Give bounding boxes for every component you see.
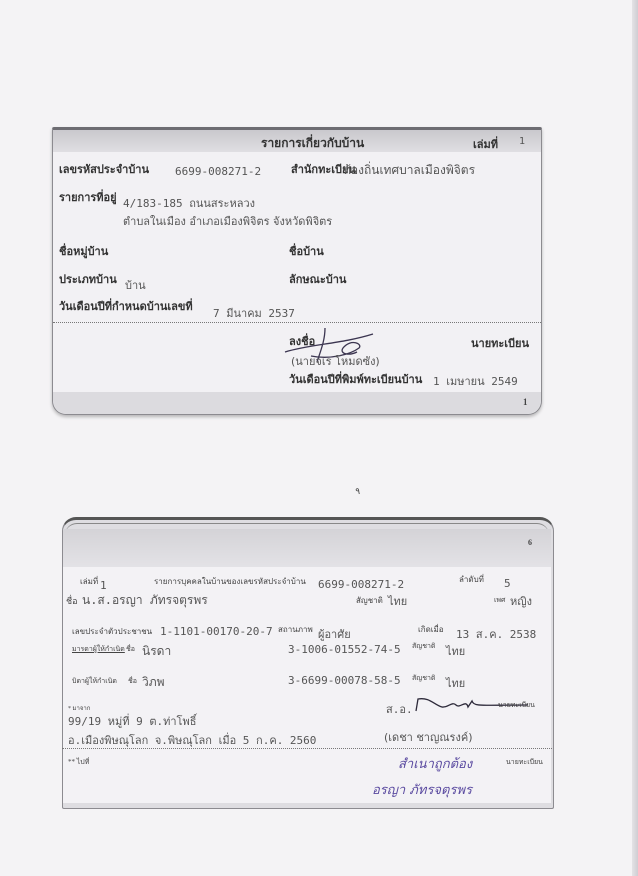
moved-to-label: ** ไปที่ [68, 757, 89, 768]
sex-label: เพศ [494, 595, 505, 606]
registrar-label: นายทะเบียน [498, 700, 535, 711]
handwritten-certified-copy: สำเนาถูกต้อง [398, 753, 472, 774]
house-record-title: รายการเกี่ยวกับบ้าน [261, 134, 364, 153]
father-name-label: ชื่อ [128, 676, 137, 687]
house-code-value: 6699-008271-2 [175, 165, 261, 178]
address-label: รายการที่อยู่ [59, 188, 117, 206]
name-value: น.ส.อรญา ภัทรจตุรพร [82, 591, 208, 610]
print-date-value: 1 เมษายน 2549 [433, 372, 518, 390]
status-label: สถานภาพ [278, 623, 313, 636]
father-nationality-label: สัญชาติ [412, 673, 435, 684]
house-record-card: รายการเกี่ยวกับบ้าน เล่มที่ 1 เลขรหัสประ… [52, 127, 542, 415]
print-date-label: วันเดือนปีที่พิมพ์ทะเบียนบ้าน [289, 370, 422, 388]
assigned-date-label: วันเดือนปีที่กำหนดบ้านเลขที่ [59, 297, 193, 315]
mother-label: มารดาผู้ให้กำเนิด [72, 644, 125, 655]
order-label: ลำดับที่ [459, 573, 484, 586]
house-name-label: ชื่อบ้าน [289, 242, 324, 260]
person-record-card: 6 เล่มที่ 1 รายการบุคคลในบ้านของเลขรหัสป… [62, 517, 552, 805]
status-value: ผู้อาศัย [318, 625, 351, 643]
volume-label: เล่มที่ [80, 575, 98, 588]
house-code-label: เลขรหัสประจำบ้าน [59, 160, 149, 178]
volume-label: เล่มที่ [473, 135, 498, 153]
person-record-title: รายการบุคคลในบ้านของเลขรหัสประจำบ้าน [154, 575, 306, 588]
person-record-page-number: 6 [528, 538, 532, 547]
id-value: 1-1101-00170-20-7 [160, 625, 273, 638]
born-label: เกิดเมื่อ [418, 623, 444, 636]
nationality-label: สัญชาติ [356, 594, 383, 607]
sex-value: หญิง [510, 592, 532, 610]
page-edge [632, 0, 638, 876]
registrar-name: (เดชา ชาญณรงค์) [384, 728, 472, 746]
house-type-label: ประเภทบ้าน [59, 270, 117, 288]
volume-value: 1 [519, 136, 525, 147]
father-id-value: 3-6699-00078-58-5 [288, 674, 401, 687]
house-code-value: 6699-008271-2 [318, 578, 404, 591]
id-label: เลขประจำตัวประชาชน [72, 625, 152, 638]
name-label: ชื่อ [66, 594, 78, 608]
house-style-label: ลักษณะบ้าน [289, 270, 346, 288]
scanned-page: รายการเกี่ยวกับบ้าน เล่มที่ 1 เลขรหัสประ… [0, 0, 638, 876]
divider [53, 322, 541, 323]
father-label: บิดาผู้ให้กำเนิด [72, 676, 117, 687]
handwritten-name: อรญา ภัทรจตุรพร [372, 779, 472, 800]
mother-nationality-label: สัญชาติ [412, 641, 435, 652]
assigned-date-value: 7 มีนาคม 2537 [213, 304, 295, 322]
house-type-value: บ้าน [125, 276, 146, 294]
registrar-name: (นายจเร โหมดซัง) [291, 352, 380, 370]
village-name-label: ชื่อหมู่บ้าน [59, 242, 108, 260]
registrar-label: นายทะเบียน [471, 334, 529, 352]
registrar-label-2: นายทะเบียน [506, 757, 543, 768]
mother-nationality-value: ไทย [446, 642, 465, 660]
address-line1: 4/183-185 ถนนสระหลวง [123, 194, 255, 212]
mother-name-label: ชื่อ [126, 644, 135, 655]
order-value: 5 [504, 577, 511, 590]
address-line2: ตำบลในเมือง อำเภอเมืองพิจิตร จังหวัดพิจิ… [123, 212, 332, 230]
registrar-prefix: ส.อ. [386, 700, 413, 718]
moved-from-line1: 99/19 หมู่ที่ 9 ต.ท่าโพธิ์ [68, 712, 196, 730]
mother-name-value: นิรดา [142, 642, 171, 661]
stray-mark: ٩ [355, 487, 360, 497]
house-record-footer [53, 392, 541, 414]
divider [62, 748, 552, 749]
born-value: 13 ส.ค. 2538 [456, 625, 536, 643]
mother-id-value: 3-1006-01552-74-5 [288, 643, 401, 656]
father-nationality-value: ไทย [446, 674, 465, 692]
father-name-value: วิภพ [142, 673, 165, 692]
person-record-header [63, 529, 551, 567]
house-record-page-number: 1 [523, 397, 528, 407]
registry-office-value: ท้องถิ่นเทศบาลเมืองพิจิตร [343, 161, 475, 180]
moved-from-line2: อ.เมืองพิษณุโลก จ.พิษณุโลก เมื่อ 5 ก.ค. … [68, 731, 316, 749]
nationality-value: ไทย [388, 592, 407, 610]
